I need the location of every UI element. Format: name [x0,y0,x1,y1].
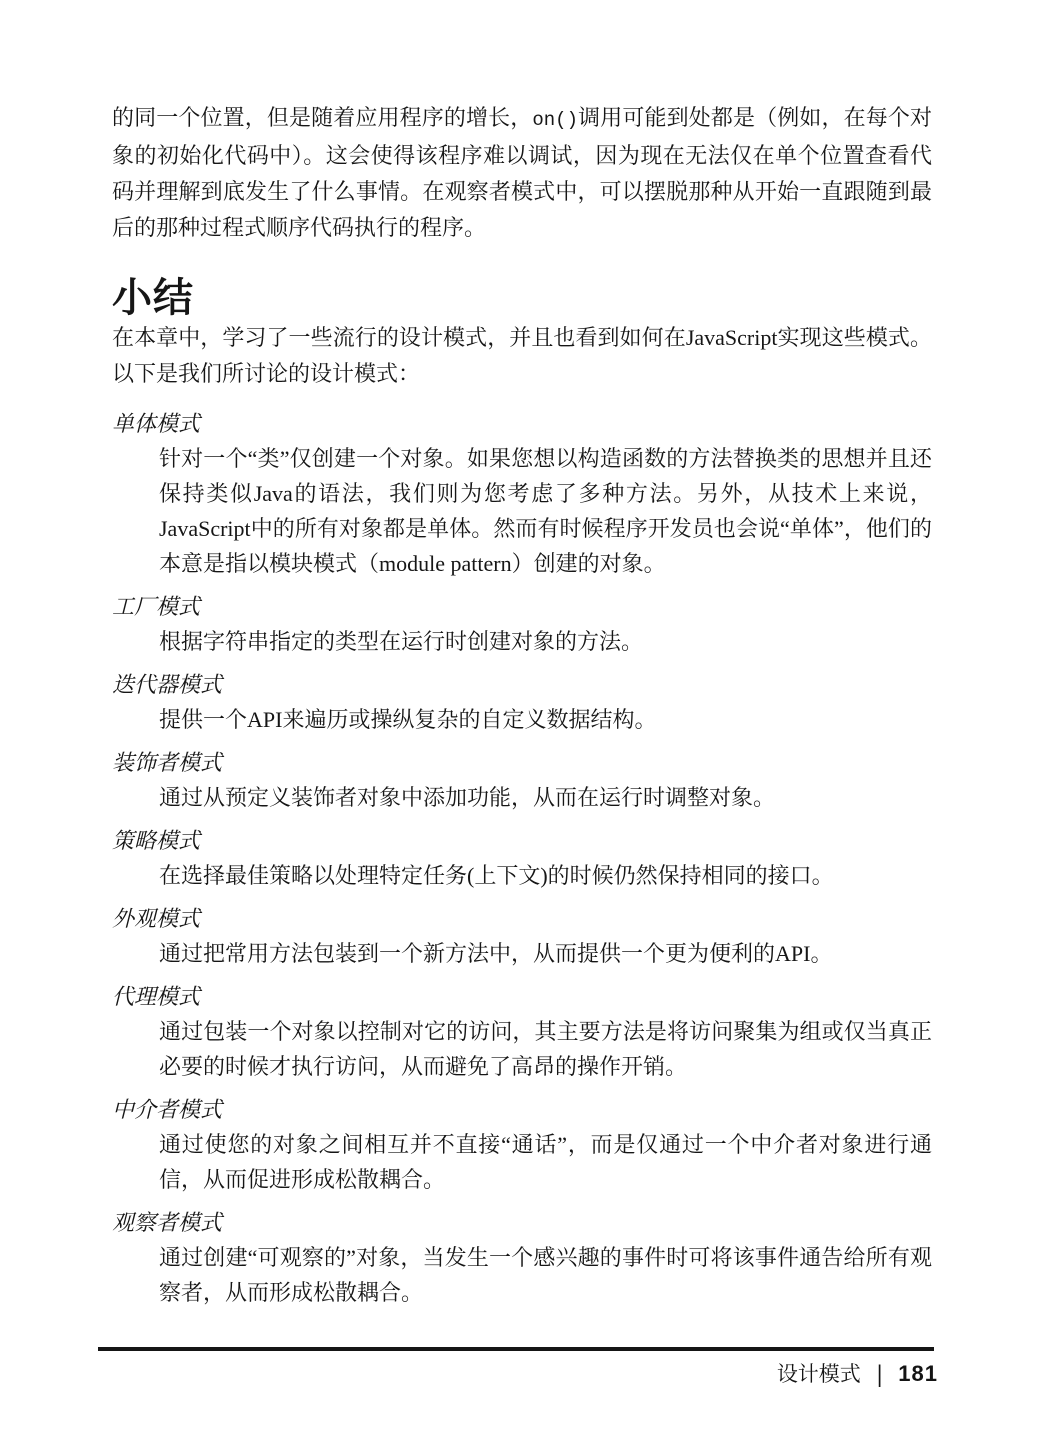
pattern-term: 策略模式 [112,823,932,858]
pattern-term: 代理模式 [112,979,932,1014]
continuation-paragraph: 的同一个位置，但是随着应用程序的增长，on()调用可能到处都是（例如，在每个对象… [112,100,932,246]
pattern-entry: 策略模式 在选择最佳策略以处理特定任务(上下文)的时候仍然保持相同的接口。 [112,823,932,893]
text-segment: 的语法，我们则为您考虑了多种方法。另外，从技术上来说， [293,481,932,506]
pattern-definition: 通过创建“可观察的”对象，当发生一个感兴趣的事件时可将该事件通告给所有观察者，从… [159,1240,932,1310]
pattern-term: 迭代器模式 [112,667,932,702]
pattern-list: 单体模式 针对一个“类”仅创建一个对象。如果您想以构造函数的方法替换类的思想并且… [112,406,932,1310]
pattern-definition: 根据字符串指定的类型在运行时创建对象的方法。 [159,624,932,659]
section-heading: 小结 [112,276,932,320]
pattern-term: 外观模式 [112,901,932,936]
pattern-definition: 提供一个API来遍历或操纵复杂的自定义数据结构。 [159,702,932,737]
pattern-definition: 通过包装一个对象以控制对它的访问，其主要方法是将访问聚集为组或仅当真正必要的时候… [159,1014,932,1084]
text-segment: 在本章中，学习了一些流行的设计模式，并且也看到如何在 [112,325,686,350]
pattern-entry: 观察者模式 通过创建“可观察的”对象，当发生一个感兴趣的事件时可将该事件通告给所… [112,1205,932,1310]
text-segment: module pattern [379,551,512,576]
pattern-definition: 在选择最佳策略以处理特定任务(上下文)的时候仍然保持相同的接口。 [159,858,932,893]
footer-separator: | [877,1361,882,1389]
text-segment: Java [254,481,293,506]
pattern-term: 单体模式 [112,406,932,441]
pattern-entry: 中介者模式 通过使您的对象之间相互并不直接“通话”，而是仅通过一个中介者对象进行… [112,1092,932,1197]
pattern-definition: 通过把常用方法包装到一个新方法中，从而提供一个更为便利的API。 [159,936,932,971]
text-segment: ）创建的对象。 [512,551,666,576]
text-segment: on() [532,109,578,131]
pattern-entry: 外观模式 通过把常用方法包装到一个新方法中，从而提供一个更为便利的API。 [112,901,932,971]
text-segment: 通过把常用方法包装到一个新方法中，从而提供一个更为便利的 [159,941,775,966]
text-segment: JavaScript [686,325,778,350]
intro-paragraph: 在本章中，学习了一些流行的设计模式，并且也看到如何在JavaScript实现这些… [112,320,932,392]
text-segment: 的同一个位置，但是随着应用程序的增长， [112,105,532,130]
pattern-definition: 通过使您的对象之间相互并不直接“通话”，而是仅通过一个中介者对象进行通信，从而促… [159,1127,932,1197]
text-segment: 来遍历或操纵复杂的自定义数据结构。 [282,707,656,732]
pattern-entry: 代理模式 通过包装一个对象以控制对它的访问，其主要方法是将访问聚集为组或仅当真正… [112,979,932,1084]
pattern-entry: 工厂模式 根据字符串指定的类型在运行时创建对象的方法。 [112,589,932,659]
pattern-entry: 单体模式 针对一个“类”仅创建一个对象。如果您想以构造函数的方法替换类的思想并且… [112,406,932,581]
text-segment: API [247,707,282,732]
pattern-definition: 针对一个“类”仅创建一个对象。如果您想以构造函数的方法替换类的思想并且还保持类似… [159,441,932,581]
pattern-term: 观察者模式 [112,1205,932,1240]
book-page: 的同一个位置，但是随着应用程序的增长，on()调用可能到处都是（例如，在每个对象… [0,0,1054,1441]
pattern-term: 工厂模式 [112,589,932,624]
text-segment: JavaScript [159,516,251,541]
page-content: 的同一个位置，但是随着应用程序的增长，on()调用可能到处都是（例如，在每个对象… [0,0,1054,1310]
pattern-definition: 通过从预定义装饰者对象中添加功能，从而在运行时调整对象。 [159,780,932,815]
pattern-entry: 迭代器模式 提供一个API来遍历或操纵复杂的自定义数据结构。 [112,667,932,737]
page-number: 181 [898,1361,938,1387]
text-segment: 。 [810,941,832,966]
footer-rule [98,1347,934,1351]
page-footer: 设计模式 | 181 [777,1358,938,1388]
pattern-term: 装饰者模式 [112,745,932,780]
text-segment: 提供一个 [159,707,247,732]
pattern-term: 中介者模式 [112,1092,932,1127]
text-segment: API [775,941,810,966]
footer-section-title: 设计模式 [777,1358,861,1388]
pattern-entry: 装饰者模式 通过从预定义装饰者对象中添加功能，从而在运行时调整对象。 [112,745,932,815]
